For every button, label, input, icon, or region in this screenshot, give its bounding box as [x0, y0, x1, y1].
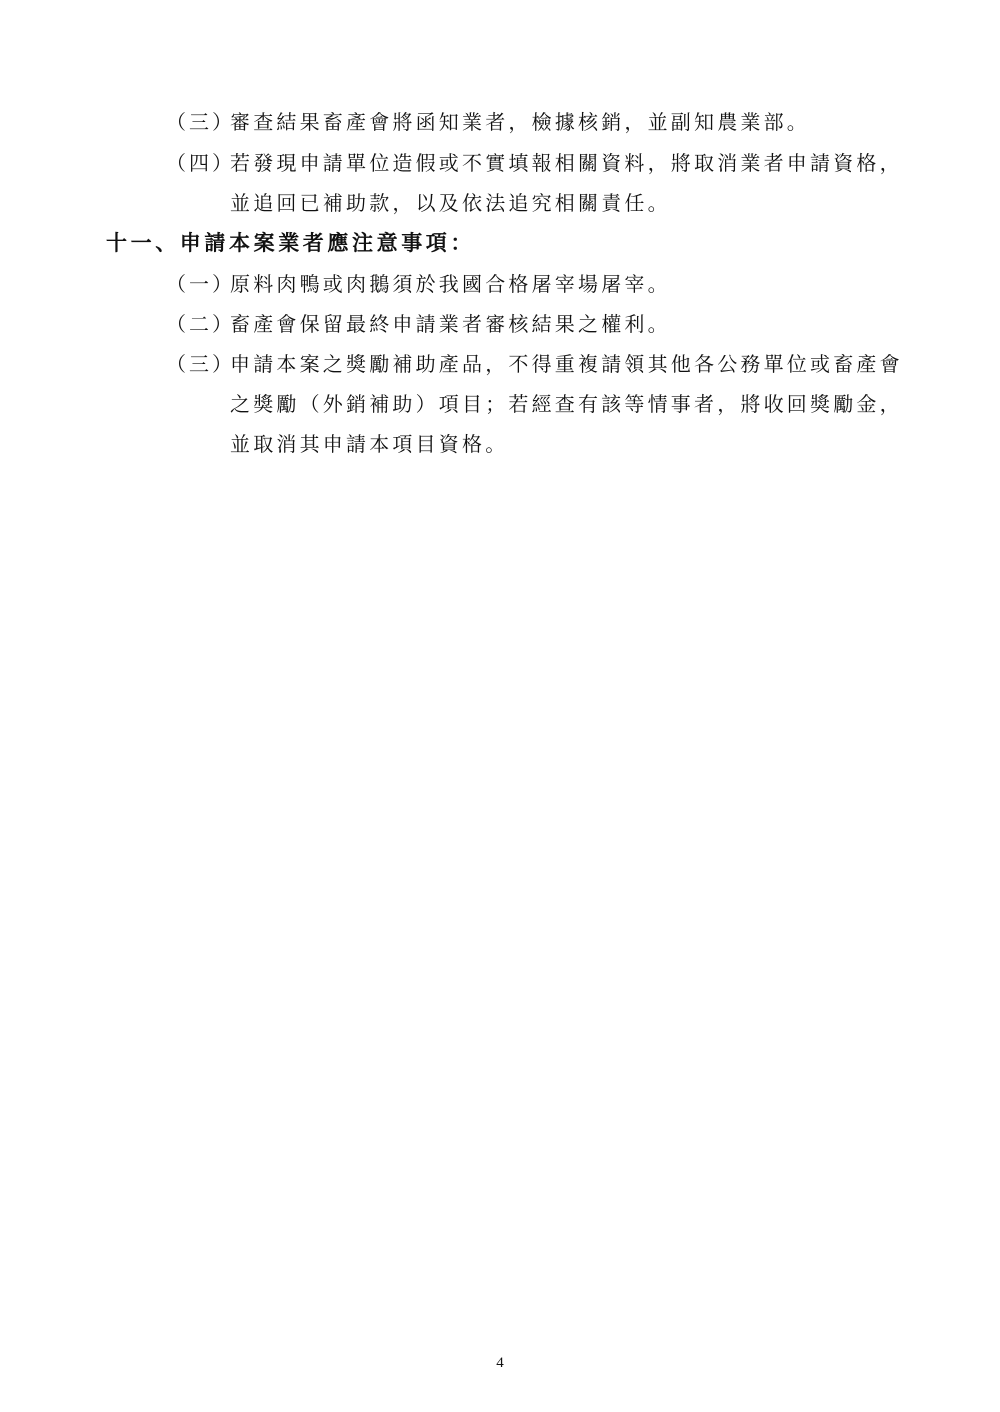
section-heading: 十一、申請本案業者應注意事項：	[106, 231, 475, 255]
list-item-text: 並追回已補助款，以及依法追究相關責任。	[230, 191, 671, 215]
list-item-text: 審查結果畜產會將函知業者，檢據核銷，並副知農業部。	[230, 110, 810, 134]
page-number: 4	[0, 1355, 1000, 1372]
item-marker: （四）	[166, 151, 235, 175]
item-marker: （二）	[166, 312, 235, 336]
list-item-marker: （四）	[166, 151, 235, 175]
list-item-text: 若發現申請單位造假或不實填報相關資料，將取消業者申請資格，	[230, 151, 903, 175]
item-marker: （三）	[166, 352, 235, 376]
list-item-text: 申請本案之獎勵補助產品，不得重複請領其他各公務單位或畜產會	[230, 352, 903, 376]
list-item-text: 並取消其申請本項目資格。	[230, 432, 508, 456]
item-marker: （三）	[166, 110, 235, 134]
list-item-text: 原料肉鴨或肉鵝須於我國合格屠宰場屠宰。	[230, 272, 671, 296]
document-page: （三） 審查結果畜產會將函知業者，檢據核銷，並副知農業部。 （四） 若發現申請單…	[0, 0, 1000, 1412]
list-item-marker: （三）	[166, 352, 235, 376]
list-item-marker: （一）	[166, 272, 235, 296]
list-item-marker: （二）	[166, 312, 235, 336]
list-item-text: 畜產會保留最終申請業者審核結果之權利。	[230, 312, 671, 336]
list-item-marker: （三）	[166, 110, 235, 134]
list-item-text: 之獎勵（外銷補助）項目；若經查有該等情事者，將收回獎勵金，	[230, 392, 903, 416]
item-marker: （一）	[166, 272, 235, 296]
